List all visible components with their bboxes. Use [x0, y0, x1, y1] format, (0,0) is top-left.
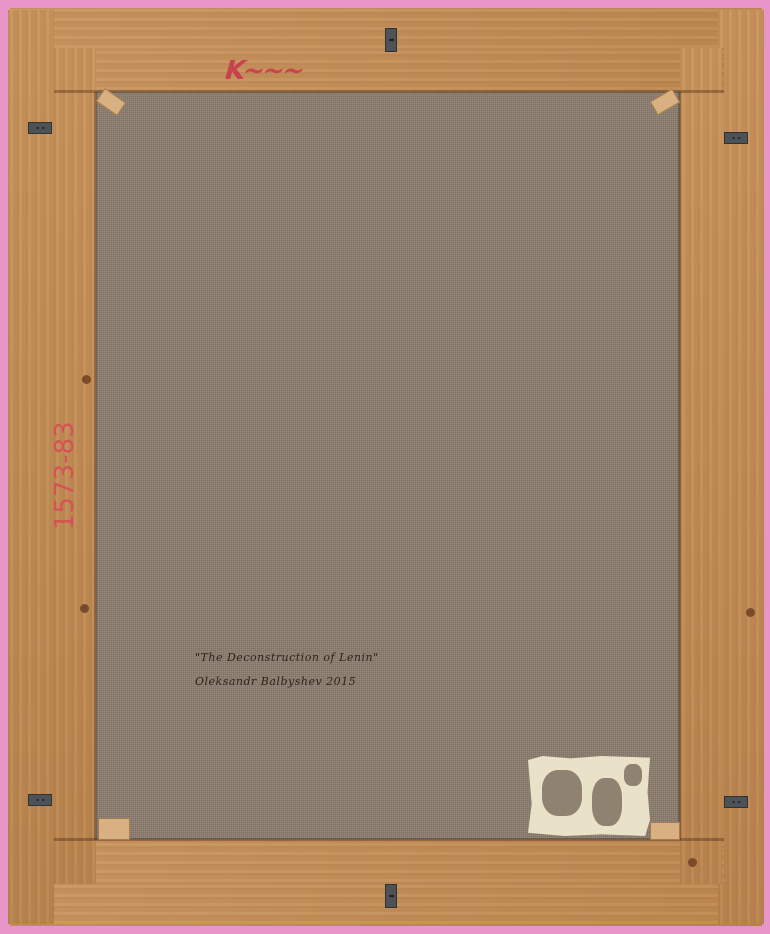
hanging-bracket-bottom — [385, 884, 397, 908]
hanging-bracket-top — [385, 28, 397, 52]
hanging-bracket-left-top — [28, 122, 52, 134]
stretcher-bar-right — [680, 48, 722, 884]
red-marker-number: 1573-83 — [50, 421, 80, 530]
hanging-bracket-left-bottom — [28, 794, 52, 806]
artist-signature: Oleksandr Balbyshev 2015 — [195, 670, 379, 694]
stretcher-bar-bottom — [54, 840, 724, 884]
red-marker-scrawl: K~~~ — [221, 56, 419, 86]
artwork-title: "The Deconstruction of Lenin" — [195, 646, 379, 670]
handwritten-inscription: "The Deconstruction of Lenin" Oleksandr … — [195, 646, 379, 694]
painting-back-photo: K~~~ 1573-83 "The Deconstruction of Leni… — [0, 0, 770, 934]
hanging-bracket-right-top — [724, 132, 748, 144]
outer-frame-left — [8, 10, 54, 924]
paper-label-remnant — [528, 756, 650, 836]
hanging-bracket-right-bottom — [724, 796, 748, 808]
outer-frame-right — [718, 10, 764, 924]
canvas-back — [96, 92, 680, 840]
corner-key-bottom-right — [650, 822, 680, 840]
corner-key-bottom-left — [98, 818, 130, 840]
